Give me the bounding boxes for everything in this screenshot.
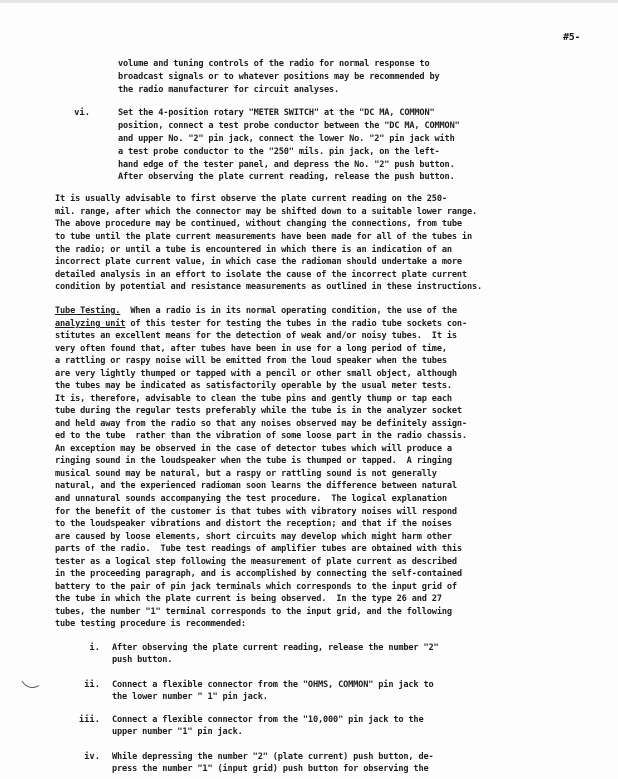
- text-line: natural, and the experienced radioman so…: [55, 481, 457, 492]
- text-line: It is, therefore, advisable to clean the…: [55, 394, 452, 405]
- text-line: and unnatural sounds accompanying the te…: [55, 494, 447, 505]
- text-line: tester as a logical step following the m…: [55, 557, 457, 568]
- section-heading: Tube Testing.: [55, 306, 120, 316]
- text-line: An exception may be observed in the case…: [55, 444, 452, 455]
- text-line: the tube in which the plate current is b…: [55, 594, 442, 605]
- underlined-term: analyzing unit: [55, 319, 125, 329]
- document-page: #5- volume and tuning controls of the ra…: [0, 0, 618, 779]
- text-line: the radio manufacturer for circuit analy…: [118, 85, 339, 96]
- text-line: musical sound may be natural, but a rasp…: [55, 469, 437, 480]
- text-line: and upper No. "2" pin jack, connect the …: [118, 134, 455, 145]
- text-line: to the loudspeaker vibrations and distor…: [55, 519, 452, 530]
- text-line: After observing the plate current readin…: [118, 172, 455, 183]
- text-line: After observing the plate current readin…: [112, 643, 439, 654]
- text-line: ed to the tube rather than the vibration…: [55, 431, 467, 442]
- text-line: volume and tuning controls of the radio …: [118, 59, 429, 70]
- text-line: incorrect plate current value, in which …: [55, 257, 462, 268]
- text-line: position, connect a test probe conductor…: [118, 121, 460, 132]
- margin-pencil-mark: [22, 675, 40, 693]
- text-line: battery to the pair of pin jack terminal…: [55, 582, 457, 593]
- text-line: tube testing procedure is recommended:: [55, 619, 246, 630]
- text-line: mil. range, after which the connector ma…: [55, 207, 477, 218]
- text-line: to tube until the plate current measurem…: [55, 232, 472, 243]
- step-label: iii.: [60, 715, 100, 726]
- step-label: ii.: [60, 680, 100, 691]
- text-line: are very lightly thumped or tapped with …: [55, 369, 457, 380]
- text-line: analyzing unit of this tester for testin…: [55, 319, 467, 330]
- text-line: hand edge of the tester panel, and depre…: [118, 160, 455, 171]
- text-line: It is usually advisable to first observe…: [55, 194, 447, 205]
- step-label: iv.: [60, 752, 100, 763]
- step-label: vi.: [50, 108, 90, 119]
- text-line: are caused by loose elements, short circ…: [55, 532, 452, 543]
- text-line: tubes, the number "1" terminal correspon…: [55, 607, 452, 618]
- text-line: a test probe conductor to the "250" mils…: [118, 147, 440, 158]
- text-line: a rattling or raspy noise will be emitte…: [55, 356, 447, 367]
- text-line: Connect a flexible connector from the "O…: [112, 680, 434, 691]
- text-line: While depressing the number "2" (plate c…: [112, 752, 434, 763]
- text-line: The above procedure may be continued, wi…: [55, 219, 462, 230]
- text-line: parts of the radio. Tube test readings o…: [55, 544, 462, 555]
- text-line: the tubes may be indicated as satisfacto…: [55, 381, 452, 392]
- text-line: Set the 4-position rotary "METER SWITCH"…: [118, 108, 435, 119]
- text-line: Connect a flexible connector from the "1…: [112, 715, 423, 726]
- text-line: in the proceeding paragraph, and is acco…: [55, 569, 462, 580]
- text-line: broadcast signals or to whatever positio…: [118, 72, 440, 83]
- text-line: for the benefit of the customer is that …: [55, 507, 457, 518]
- text-line: Tube Testing. When a radio is in its nor…: [55, 306, 457, 317]
- text-line: press the number "1" (input grid) push b…: [112, 764, 429, 775]
- text-line: upper number "1" pin jack.: [112, 727, 243, 738]
- step-label: i.: [60, 643, 100, 654]
- text-line: the radio; or until a tube is encountere…: [55, 245, 452, 256]
- text-line: stitutes an excellent means for the dete…: [55, 331, 457, 342]
- text-line: the lower number " 1" pin jack.: [112, 692, 268, 703]
- text-line: tube during the regular tests preferably…: [55, 406, 462, 417]
- text-line: push button.: [112, 655, 172, 666]
- text-line: ringing sound in the loudspeaker when th…: [55, 456, 452, 467]
- viewer-top-edge: [0, 0, 618, 3]
- text-line: and held away from the radio so that any…: [55, 419, 467, 430]
- text-line: very often found that, after tubes have …: [55, 344, 447, 355]
- page-number: #5-: [563, 32, 580, 43]
- text-line: condition by potential and resistance me…: [55, 282, 482, 293]
- text-line: detailed analysis in an effort to isolat…: [55, 270, 467, 281]
